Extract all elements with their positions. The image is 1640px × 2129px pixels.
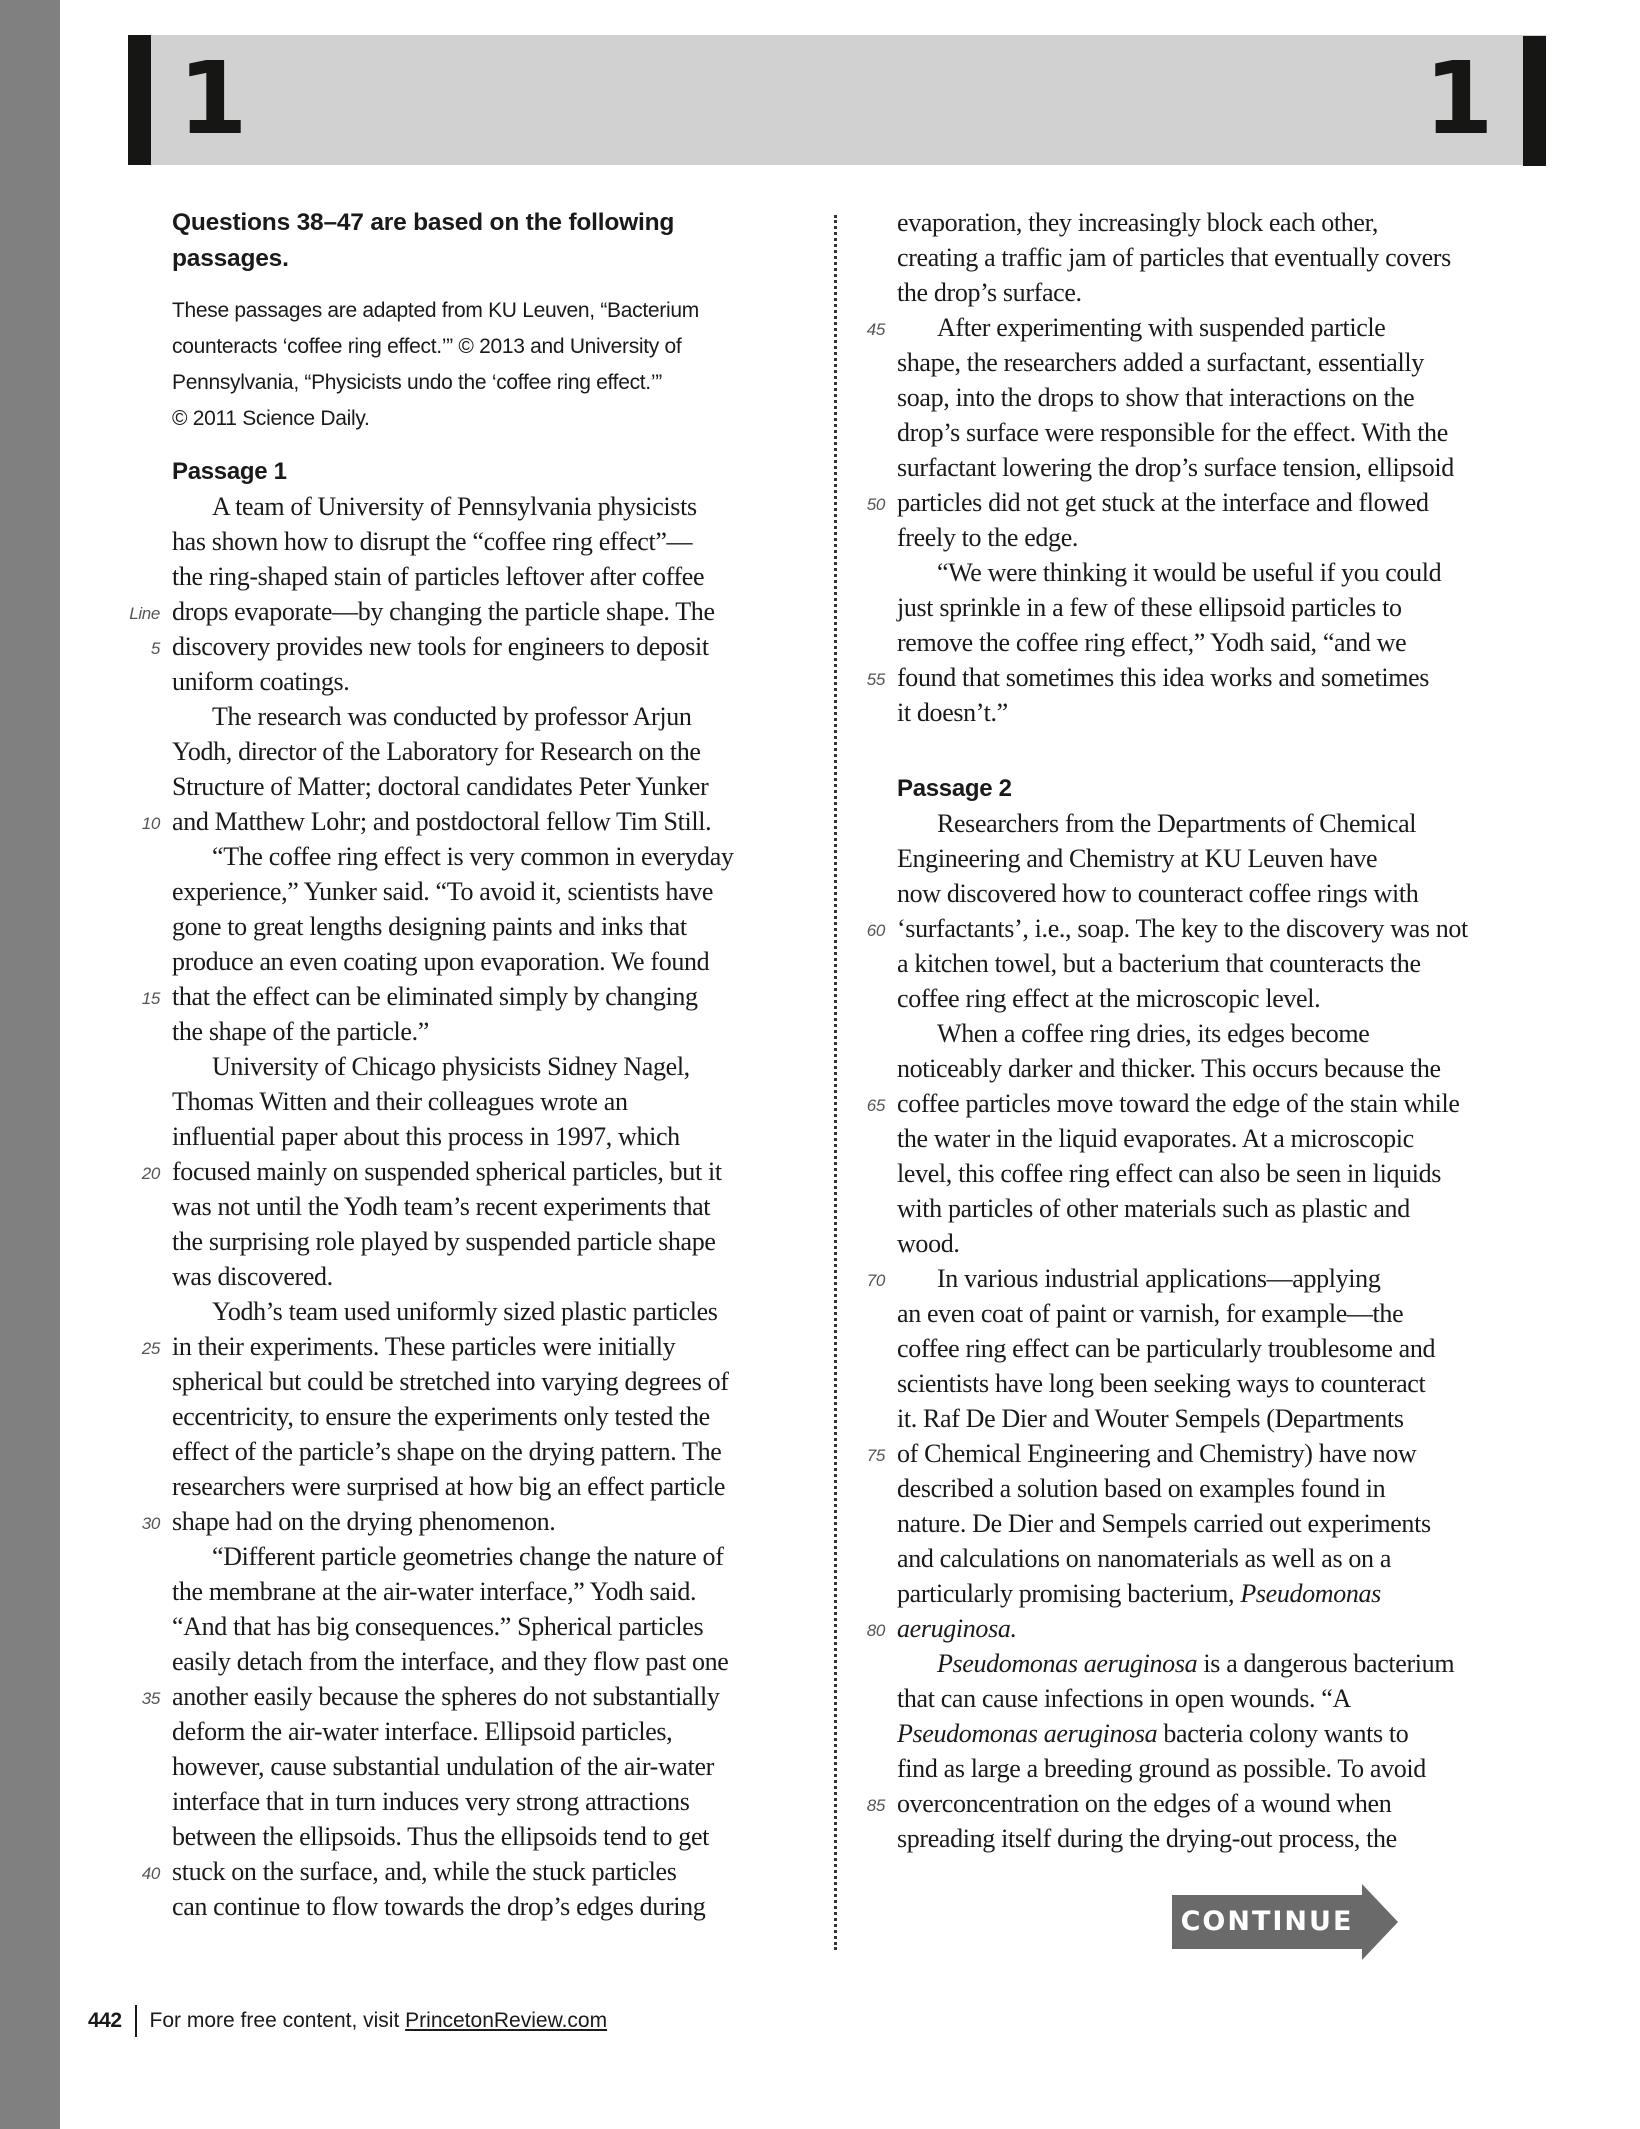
passage-line: University of Chicago physicists Sidney … xyxy=(172,1049,812,1084)
line-text: University of Chicago physicists Sidney … xyxy=(212,1052,690,1081)
passage-line: “Different particle geometries change th… xyxy=(172,1539,812,1574)
line-number: 65 xyxy=(825,1088,885,1123)
passage-1-title: Passage 1 xyxy=(172,455,812,489)
passage-1-body-continued: evaporation, they increasingly block eac… xyxy=(897,205,1537,730)
passage-line: that can cause infections in open wounds… xyxy=(897,1681,1537,1716)
line-text: bacteria colony wants to xyxy=(1157,1719,1408,1748)
line-text: nature. De Dier and Sempels carried out … xyxy=(897,1509,1431,1538)
line-number: 55 xyxy=(825,662,885,697)
source-attribution: These passages are adapted from KU Leuve… xyxy=(172,293,812,437)
line-number: 25 xyxy=(100,1331,160,1366)
line-text: soap, into the drops to show that intera… xyxy=(897,383,1414,412)
line-text: ‘surfactants’, i.e., soap. The key to th… xyxy=(897,914,1468,943)
line-text: “And that has big consequences.” Spheric… xyxy=(172,1612,703,1641)
passage-line: 45After experimenting with suspended par… xyxy=(897,310,1537,345)
line-number: 40 xyxy=(100,1856,160,1891)
questions-heading: Questions 38–47 are based on the followi… xyxy=(172,205,812,277)
passage-line: the surprising role played by suspended … xyxy=(172,1224,812,1259)
line-text: the membrane at the air-water interface,… xyxy=(172,1577,696,1606)
line-text: level, this coffee ring effect can also … xyxy=(897,1159,1441,1188)
line-number: 35 xyxy=(100,1681,160,1716)
passage-line: the ring-shaped stain of particles lefto… xyxy=(172,559,812,594)
line-text: surfactant lowering the drop’s surface t… xyxy=(897,453,1454,482)
passage-line: Yodh, director of the Laboratory for Res… xyxy=(172,734,812,769)
passage-line: Pseudomonas aeruginosa bacteria colony w… xyxy=(897,1716,1537,1751)
line-text: effect of the particle’s shape on the dr… xyxy=(172,1437,721,1466)
line-text: influential paper about this process in … xyxy=(172,1122,680,1151)
italic-term: Pseudomonas aeruginosa xyxy=(937,1649,1197,1678)
line-text: After experimenting with suspended parti… xyxy=(937,313,1385,342)
passage-line: and calculations on nanomaterials as wel… xyxy=(897,1541,1537,1576)
passage-line: gone to great lengths designing paints a… xyxy=(172,909,812,944)
line-text: stuck on the surface, and, while the stu… xyxy=(172,1857,677,1886)
passage-line: A team of University of Pennsylvania phy… xyxy=(172,489,812,524)
line-text: evaporation, they increasingly block eac… xyxy=(897,208,1378,237)
passage-line: 65coffee particles move toward the edge … xyxy=(897,1086,1537,1121)
passage-line: the shape of the particle.” xyxy=(172,1014,812,1049)
line-text: however, cause substantial undulation of… xyxy=(172,1752,714,1781)
line-text: interface that in turn induces very stro… xyxy=(172,1787,690,1816)
line-text: can continue to flow towards the drop’s … xyxy=(172,1892,705,1921)
passage-line: scientists have long been seeking ways t… xyxy=(897,1366,1537,1401)
line-text: The research was conducted by professor … xyxy=(212,702,692,731)
passage-line: the membrane at the air-water interface,… xyxy=(172,1574,812,1609)
section-number-left: 1 xyxy=(178,44,248,154)
line-number: 80 xyxy=(825,1613,885,1648)
line-text: When a coffee ring dries, its edges beco… xyxy=(937,1019,1369,1048)
line-text: shape had on the drying phenomenon. xyxy=(172,1507,555,1536)
passage-line: an even coat of paint or varnish, for ex… xyxy=(897,1296,1537,1331)
passage-line: 35another easily because the spheres do … xyxy=(172,1679,812,1714)
passage-line: 60‘surfactants’, i.e., soap. The key to … xyxy=(897,911,1537,946)
line-text: has shown how to disrupt the “coffee rin… xyxy=(172,527,692,556)
passage-line: Structure of Matter; doctoral candidates… xyxy=(172,769,812,804)
passage-line: level, this coffee ring effect can also … xyxy=(897,1156,1537,1191)
passage-line: Researchers from the Departments of Chem… xyxy=(897,806,1537,841)
passage-line: The research was conducted by professor … xyxy=(172,699,812,734)
passage-line: 55found that sometimes this idea works a… xyxy=(897,660,1537,695)
line-text: and Matthew Lohr; and postdoctoral fello… xyxy=(172,807,711,836)
passage-line: 15that the effect can be eliminated simp… xyxy=(172,979,812,1014)
line-text: discovery provides new tools for enginee… xyxy=(172,632,709,661)
passage-line: 70In various industrial applications—app… xyxy=(897,1261,1537,1296)
passage-line: Linedrops evaporate—by changing the part… xyxy=(172,594,812,629)
line-text: in their experiments. These particles we… xyxy=(172,1332,675,1361)
line-number: Line xyxy=(100,596,160,631)
line-text: scientists have long been seeking ways t… xyxy=(897,1369,1425,1398)
passage-line: between the ellipsoids. Thus the ellipso… xyxy=(172,1819,812,1854)
passage-line: researchers were surprised at how big an… xyxy=(172,1469,812,1504)
line-text: Structure of Matter; doctoral candidates… xyxy=(172,772,708,801)
line-text: overconcentration on the edges of a woun… xyxy=(897,1789,1391,1818)
line-text: “We were thinking it would be useful if … xyxy=(937,558,1441,587)
line-text: another easily because the spheres do no… xyxy=(172,1682,720,1711)
passage-line: deform the air-water interface. Ellipsoi… xyxy=(172,1714,812,1749)
line-text: remove the coffee ring effect,” Yodh sai… xyxy=(897,628,1406,657)
line-text: gone to great lengths designing paints a… xyxy=(172,912,687,941)
line-number: 5 xyxy=(100,631,160,666)
passage-line: “We were thinking it would be useful if … xyxy=(897,555,1537,590)
passage-2-title: Passage 2 xyxy=(897,772,1537,806)
passage-line: wood. xyxy=(897,1226,1537,1261)
line-text: Thomas Witten and their colleagues wrote… xyxy=(172,1087,628,1116)
passage-line: spherical but could be stretched into va… xyxy=(172,1364,812,1399)
section-header-bar xyxy=(128,35,1546,165)
header-marker-left xyxy=(128,35,151,165)
passage-line: experience,” Yunker said. “To avoid it, … xyxy=(172,874,812,909)
passage-line: with particles of other materials such a… xyxy=(897,1191,1537,1226)
passage-line: When a coffee ring dries, its edges beco… xyxy=(897,1016,1537,1051)
line-text: spherical but could be stretched into va… xyxy=(172,1367,729,1396)
line-number: 45 xyxy=(825,312,885,347)
passage-line: however, cause substantial undulation of… xyxy=(172,1749,812,1784)
line-number: 15 xyxy=(100,981,160,1016)
line-text: of Chemical Engineering and Chemistry) h… xyxy=(897,1439,1416,1468)
passage-line: 50particles did not get stuck at the int… xyxy=(897,485,1537,520)
line-number: 10 xyxy=(100,806,160,841)
passage-line: “The coffee ring effect is very common i… xyxy=(172,839,812,874)
line-text: is a dangerous bacterium xyxy=(1197,1649,1454,1678)
line-text: “The coffee ring effect is very common i… xyxy=(212,842,734,871)
passage-line: Thomas Witten and their colleagues wrote… xyxy=(172,1084,812,1119)
line-number: 20 xyxy=(100,1156,160,1191)
passage-line: was not until the Yodh team’s recent exp… xyxy=(172,1189,812,1224)
passage-line: effect of the particle’s shape on the dr… xyxy=(172,1434,812,1469)
header-marker-right xyxy=(1523,36,1546,166)
passage-line: Engineering and Chemistry at KU Leuven h… xyxy=(897,841,1537,876)
line-text: find as large a breeding ground as possi… xyxy=(897,1754,1426,1783)
line-text: deform the air-water interface. Ellipsoi… xyxy=(172,1717,672,1746)
line-text: found that sometimes this idea works and… xyxy=(897,663,1429,692)
passage-line: Pseudomonas aeruginosa is a dangerous ba… xyxy=(897,1646,1537,1681)
line-text: uniform coatings. xyxy=(172,667,349,696)
line-number: 50 xyxy=(825,487,885,522)
line-text: it doesn’t.” xyxy=(897,698,1008,727)
line-text: drop’s surface were responsible for the … xyxy=(897,418,1448,447)
line-text: described a solution based on examples f… xyxy=(897,1474,1385,1503)
passage-line: it. Raf De Dier and Wouter Sempels (Depa… xyxy=(897,1401,1537,1436)
line-text: coffee ring effect at the microscopic le… xyxy=(897,984,1320,1013)
line-text: noticeably darker and thicker. This occu… xyxy=(897,1054,1441,1083)
section-number-right: 1 xyxy=(1424,44,1494,154)
line-text: the shape of the particle.” xyxy=(172,1017,429,1046)
passage-line: produce an even coating upon evaporation… xyxy=(172,944,812,979)
passage-1-body: A team of University of Pennsylvania phy… xyxy=(172,489,812,1924)
line-text: Yodh’s team used uniformly sized plastic… xyxy=(212,1297,718,1326)
passage-line: 80aeruginosa. xyxy=(897,1611,1537,1646)
passage-line: has shown how to disrupt the “coffee rin… xyxy=(172,524,812,559)
line-text: focused mainly on suspended spherical pa… xyxy=(172,1157,722,1186)
line-number: 70 xyxy=(825,1263,885,1298)
line-text: was discovered. xyxy=(172,1262,333,1291)
passage-line: creating a traffic jam of particles that… xyxy=(897,240,1537,275)
passage-line: “And that has big consequences.” Spheric… xyxy=(172,1609,812,1644)
passage-line: can continue to flow towards the drop’s … xyxy=(172,1889,812,1924)
continue-arrow-icon[interactable] xyxy=(1362,1884,1398,1960)
passage-line: was discovered. xyxy=(172,1259,812,1294)
passage-line: 85overconcentration on the edges of a wo… xyxy=(897,1786,1537,1821)
passage-line: a kitchen towel, but a bacterium that co… xyxy=(897,946,1537,981)
line-text: was not until the Yodh team’s recent exp… xyxy=(172,1192,710,1221)
passage-line: find as large a breeding ground as possi… xyxy=(897,1751,1537,1786)
passage-line: particularly promising bacterium, Pseudo… xyxy=(897,1576,1537,1611)
passage-line: 20focused mainly on suspended spherical … xyxy=(172,1154,812,1189)
passage-line: freely to the edge. xyxy=(897,520,1537,555)
passage-line: Yodh’s team used uniformly sized plastic… xyxy=(172,1294,812,1329)
passage-line: evaporation, they increasingly block eac… xyxy=(897,205,1537,240)
line-number: 85 xyxy=(825,1788,885,1823)
italic-term: Pseudomonas xyxy=(1240,1579,1381,1608)
right-column: evaporation, they increasingly block eac… xyxy=(897,205,1537,1856)
passage-2-body: Researchers from the Departments of Chem… xyxy=(897,806,1537,1856)
passage-line: eccentricity, to ensure the experiments … xyxy=(172,1399,812,1434)
line-text: A team of University of Pennsylvania phy… xyxy=(212,492,697,521)
passage-line: 10and Matthew Lohr; and postdoctoral fel… xyxy=(172,804,812,839)
line-text: easily detach from the interface, and th… xyxy=(172,1647,729,1676)
line-text: between the ellipsoids. Thus the ellipso… xyxy=(172,1822,709,1851)
passage-line: coffee ring effect can be particularly t… xyxy=(897,1331,1537,1366)
line-text: freely to the edge. xyxy=(897,523,1078,552)
continue-button[interactable]: CONTINUE xyxy=(1172,1895,1362,1949)
passage-line: remove the coffee ring effect,” Yodh sai… xyxy=(897,625,1537,660)
line-text: now discovered how to counteract coffee … xyxy=(897,879,1418,908)
passage-line: the water in the liquid evaporates. At a… xyxy=(897,1121,1537,1156)
italic-term: aeruginosa. xyxy=(897,1614,1017,1643)
line-text: particularly promising bacterium, xyxy=(897,1579,1240,1608)
line-text: that the effect can be eliminated simply… xyxy=(172,982,698,1011)
line-text: experience,” Yunker said. “To avoid it, … xyxy=(172,877,713,906)
page-number: 442 xyxy=(88,2009,122,2033)
passage-line: drop’s surface were responsible for the … xyxy=(897,415,1537,450)
passage-line: easily detach from the interface, and th… xyxy=(172,1644,812,1679)
line-text: shape, the researchers added a surfactan… xyxy=(897,348,1424,377)
passage-line: shape, the researchers added a surfactan… xyxy=(897,345,1537,380)
line-text: researchers were surprised at how big an… xyxy=(172,1472,725,1501)
italic-term: Pseudomonas aeruginosa xyxy=(897,1719,1157,1748)
passage-line: it doesn’t.” xyxy=(897,695,1537,730)
line-text: spreading itself during the drying-out p… xyxy=(897,1824,1397,1853)
line-number: 60 xyxy=(825,913,885,948)
passage-line: noticeably darker and thicker. This occu… xyxy=(897,1051,1537,1086)
passage-line: soap, into the drops to show that intera… xyxy=(897,380,1537,415)
line-text: produce an even coating upon evaporation… xyxy=(172,947,709,976)
line-text: creating a traffic jam of particles that… xyxy=(897,243,1451,272)
line-text: the surprising role played by suspended … xyxy=(172,1227,716,1256)
side-edge-band xyxy=(0,0,60,2129)
line-number: 75 xyxy=(825,1438,885,1473)
passage-line: just sprinkle in a few of these ellipsoi… xyxy=(897,590,1537,625)
passage-line: nature. De Dier and Sempels carried out … xyxy=(897,1506,1537,1541)
footer-text: For more free content, visit xyxy=(150,2009,400,2033)
passage-line: surfactant lowering the drop’s surface t… xyxy=(897,450,1537,485)
passage-line: coffee ring effect at the microscopic le… xyxy=(897,981,1537,1016)
passage-line: 30shape had on the drying phenomenon. xyxy=(172,1504,812,1539)
line-text: the water in the liquid evaporates. At a… xyxy=(897,1124,1414,1153)
passage-line: uniform coatings. xyxy=(172,664,812,699)
line-text: an even coat of paint or varnish, for ex… xyxy=(897,1299,1403,1328)
line-text: with particles of other materials such a… xyxy=(897,1194,1410,1223)
line-text: wood. xyxy=(897,1229,960,1258)
line-text: Yodh, director of the Laboratory for Res… xyxy=(172,737,701,766)
line-number: 30 xyxy=(100,1506,160,1541)
line-text: eccentricity, to ensure the experiments … xyxy=(172,1402,710,1431)
passage-line: 40stuck on the surface, and, while the s… xyxy=(172,1854,812,1889)
passage-line: 75of Chemical Engineering and Chemistry)… xyxy=(897,1436,1537,1471)
line-text: it. Raf De Dier and Wouter Sempels (Depa… xyxy=(897,1404,1404,1433)
line-text: In various industrial applications—apply… xyxy=(937,1264,1380,1293)
passage-line: the drop’s surface. xyxy=(897,275,1537,310)
page-footer: 442 For more free content, visit Princet… xyxy=(88,2005,607,2037)
passage-line: now discovered how to counteract coffee … xyxy=(897,876,1537,911)
line-text: drops evaporate—by changing the particle… xyxy=(172,597,715,626)
line-text: “Different particle geometries change th… xyxy=(212,1542,724,1571)
line-text: and calculations on nanomaterials as wel… xyxy=(897,1544,1391,1573)
column-divider xyxy=(834,215,837,1950)
line-text: just sprinkle in a few of these ellipsoi… xyxy=(897,593,1402,622)
line-text: particles did not get stuck at the inter… xyxy=(897,488,1429,517)
footer-separator xyxy=(135,2005,137,2037)
princeton-review-link[interactable]: PrincetonReview.com xyxy=(405,2009,607,2033)
line-text: coffee particles move toward the edge of… xyxy=(897,1089,1460,1118)
line-text: Researchers from the Departments of Chem… xyxy=(937,809,1416,838)
passage-line: interface that in turn induces very stro… xyxy=(172,1784,812,1819)
line-text: coffee ring effect can be particularly t… xyxy=(897,1334,1435,1363)
line-text: the ring-shaped stain of particles lefto… xyxy=(172,562,704,591)
passage-line: 25in their experiments. These particles … xyxy=(172,1329,812,1364)
passage-line: 5discovery provides new tools for engine… xyxy=(172,629,812,664)
passage-line: described a solution based on examples f… xyxy=(897,1471,1537,1506)
line-text: Engineering and Chemistry at KU Leuven h… xyxy=(897,844,1377,873)
line-text: that can cause infections in open wounds… xyxy=(897,1684,1351,1713)
line-text: a kitchen towel, but a bacterium that co… xyxy=(897,949,1421,978)
passage-line: influential paper about this process in … xyxy=(172,1119,812,1154)
left-column: Questions 38–47 are based on the followi… xyxy=(172,205,812,1924)
line-text: the drop’s surface. xyxy=(897,278,1082,307)
passage-line: spreading itself during the drying-out p… xyxy=(897,1821,1537,1856)
